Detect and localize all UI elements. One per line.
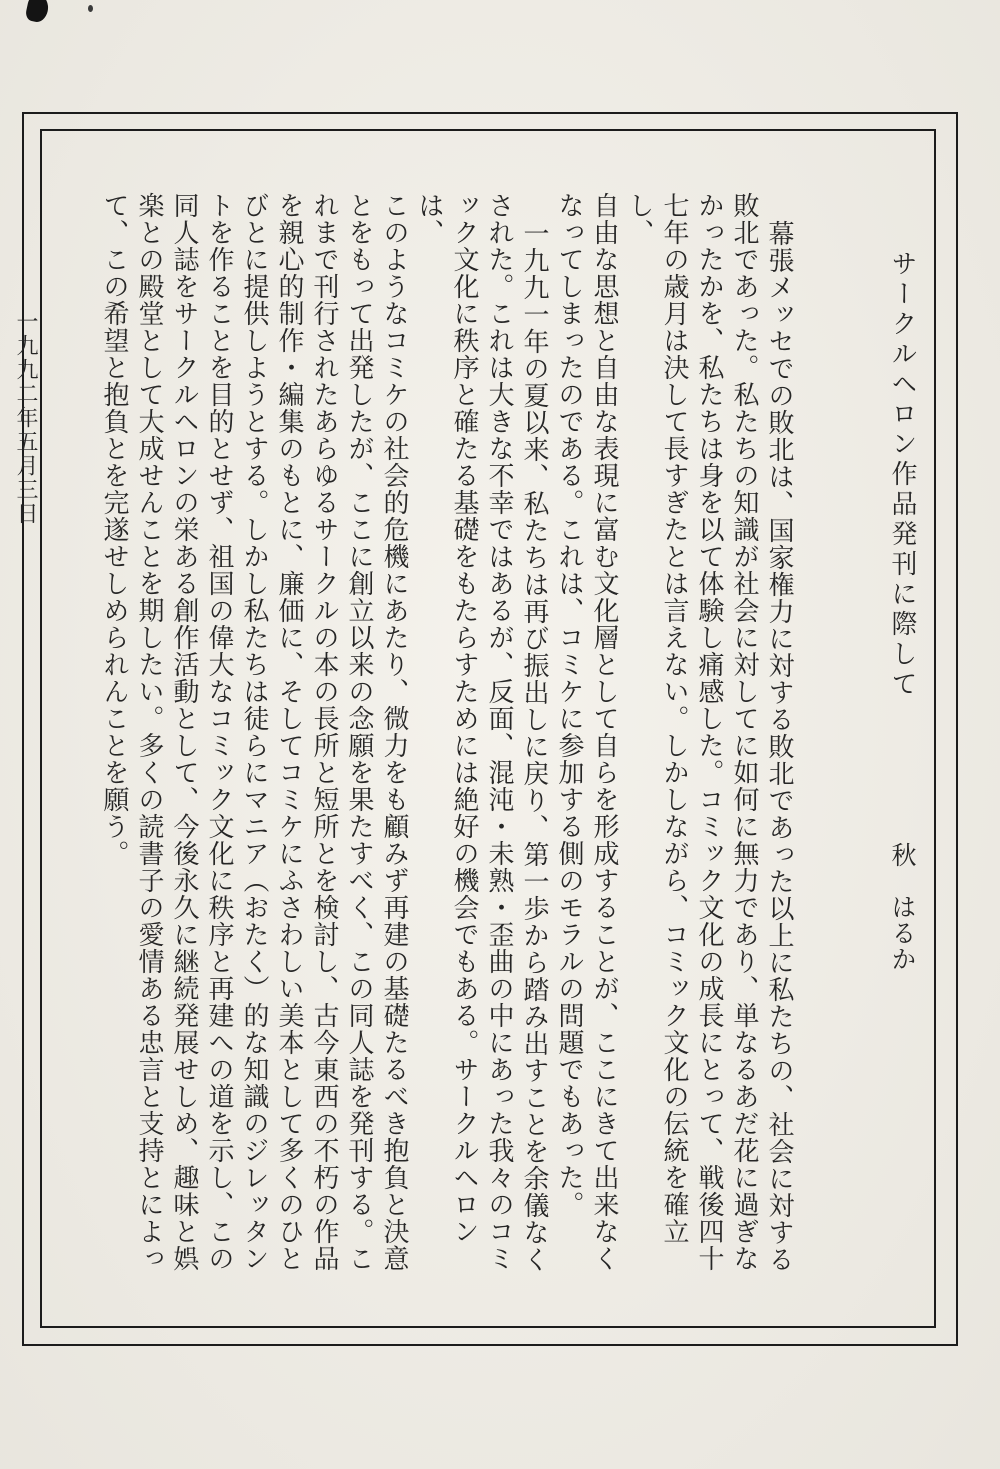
body-line: 幕張メッセでの敗北は、国家権力に対する敗北であった以上に私たちの、社会に対する <box>761 192 796 1300</box>
page-title: サークルヘロン作品発刊に際して <box>887 250 917 700</box>
body-line: て、この希望と抱負とを完遂せしめられんことを願う。 <box>96 192 131 1272</box>
body-line: かったかを、私たちは身を以て体験し痛感した。コミック文化の成長にとって、戦後四十 <box>691 192 726 1272</box>
body-line: びとに提供しようとする。しかし私たちは徒らにマニア（おたく）的な知識のジレッタン <box>236 192 271 1272</box>
body-text: 幕張メッセでの敗北は、国家権力に対する敗北であった以上に私たちの、社会に対する敗… <box>96 192 796 1272</box>
title-column: サークルヘロン作品発刊に際して 秋 はるか <box>882 192 922 1330</box>
ink-blot-mark <box>24 0 50 24</box>
body-line: とをもって出発したが、ここに創立以来の念願を果たすべく、この同人誌を発刊する。こ <box>341 192 376 1272</box>
scanned-page: サークルヘロン作品発刊に際して 秋 はるか 幕張メッセでの敗北は、国家権力に対す… <box>0 0 1000 1469</box>
ink-dot-mark <box>88 5 93 12</box>
body-line: ック文化に秩序と確たる基礎をもたらすためには絶好の機会でもある。サークルヘロンは… <box>411 192 481 1272</box>
body-line: 楽との殿堂として大成せんことを期したい。多くの読書子の愛情ある忠言と支持とによっ <box>131 192 166 1272</box>
body-line: なってしまったのである。これは、コミケに参加する側のモラルの問題でもあった。 <box>551 192 586 1272</box>
vertical-text-content: サークルヘロン作品発刊に際して 秋 はるか 幕張メッセでの敗北は、国家権力に対す… <box>10 192 922 1272</box>
body-line: このようなコミケの社会的危機にあたり、微力をも顧みず再建の基礎たるべき抱負と決意 <box>376 192 411 1272</box>
body-line: を親心的制作・編集のもとに、廉価に、そしてコミケにふさわしい美本として多くのひと <box>271 192 306 1272</box>
body-line: トを作ることを目的とせず、祖国の偉大なコミック文化に秩序と再建への道を示し、この <box>201 192 236 1272</box>
date-line: 一九九二年五月三日 <box>10 192 40 1390</box>
body-line: 自由な思想と自由な表現に富む文化層として自らを形成することが、ここにきて出来なく <box>586 192 621 1272</box>
author-name: 秋 はるか <box>882 842 922 972</box>
body-line: れまで刊行されたあらゆるサークルの本の長所と短所とを検討し、古今東西の不朽の作品 <box>306 192 341 1272</box>
body-line: された。これは大きな不幸ではあるが、反面、混沌・未熟・歪曲の中にあった我々のコミ <box>481 192 516 1272</box>
body-line: 同人誌をサークルヘロンの栄ある創作活動として、今後永久に継続発展せしめ、趣味と娯 <box>166 192 201 1272</box>
body-line: 敗北であった。私たちの知識が社会に対してに如何に無力であり、単なるあだ花に過ぎな <box>726 192 761 1272</box>
body-line: 七年の歳月は決して長すぎたとは言えない。しかしながら、コミック文化の伝統を確立し… <box>621 192 691 1272</box>
body-line: 一九九一年の夏以来、私たちは再び振出しに戻り、第一歩から踏み出すことを余儀なく <box>516 192 551 1300</box>
